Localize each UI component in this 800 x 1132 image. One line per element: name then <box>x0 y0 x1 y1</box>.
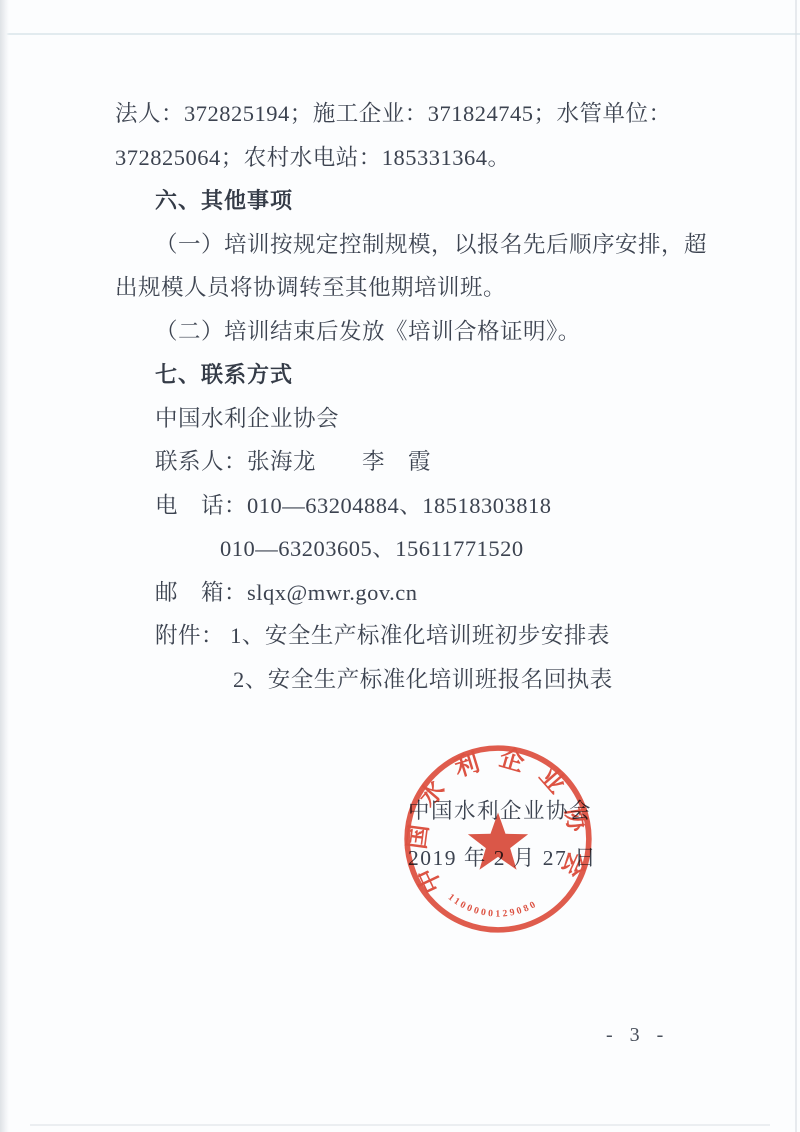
scanned-page: 法人：372825194；施工企业：371824745；水管单位： 372825… <box>0 0 800 1132</box>
body-line-phone-1: 电 话：010—63204884、18518303818 <box>115 484 690 528</box>
scan-artifact-top-line <box>0 33 800 35</box>
official-seal: 中国水利企业协会 1100000129080 <box>401 742 595 936</box>
body-line-attachment-2: 2、安全生产标准化培训班报名回执表 <box>115 658 690 702</box>
body-line-qq-numbers-2: 372825064；农村水电站：185331364。 <box>115 136 690 180</box>
body-line-attachment-1: 附件： 1、安全生产标准化培训班初步安排表 <box>115 614 690 658</box>
section-heading-other-matters: 六、其他事项 <box>115 179 690 223</box>
body-line-item1-part2: 出规模人员将协调转至其他期培训班。 <box>115 266 690 310</box>
body-line-contact-persons: 联系人：张海龙 李 霞 <box>115 440 690 484</box>
scan-artifact-right-edge <box>795 0 797 1132</box>
seal-serial-number: 1100000129080 <box>446 892 540 920</box>
body-line-item2: （二）培训结束后发放《培训合格证明》。 <box>115 310 690 354</box>
seal-star-icon <box>468 812 528 869</box>
scan-artifact-left-edge <box>0 0 9 1132</box>
document-body: 法人：372825194；施工企业：371824745；水管单位： 372825… <box>115 92 690 701</box>
body-line-org-name: 中国水利企业协会 <box>115 397 690 441</box>
body-line-qq-numbers-1: 法人：372825194；施工企业：371824745；水管单位： <box>115 92 690 136</box>
body-line-item1-part1: （一）培训按规定控制规模，以报名先后顺序安排，超 <box>115 223 690 267</box>
page-number: - 3 - <box>606 1024 669 1047</box>
body-line-phone-2: 010—63203605、15611771520 <box>115 527 690 571</box>
scan-artifact-bottom-line <box>30 1124 770 1126</box>
section-heading-contact: 七、联系方式 <box>115 353 690 397</box>
body-line-email: 邮 箱：slqx@mwr.gov.cn <box>115 571 690 615</box>
